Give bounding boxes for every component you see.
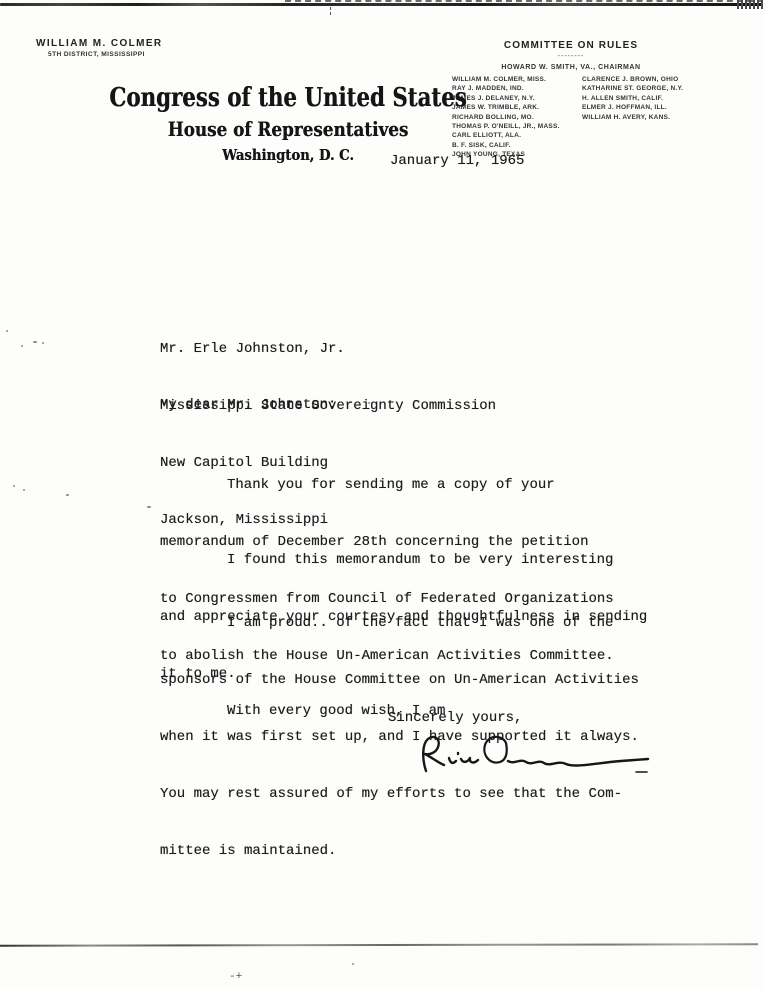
scan-speck [42, 342, 44, 344]
letterhead-line-2: House of Representatives [95, 116, 481, 142]
scan-artifact-top-right-corner [737, 0, 763, 9]
scan-speck [66, 494, 69, 496]
sender-district: 5TH DISTRICT, MISSISSIPPI [48, 51, 163, 58]
committee-members-right-column: CLARENCE J. BROWN, OHIO KATHARINE ST. GE… [582, 75, 752, 122]
scan-speck [6, 330, 8, 332]
scan-speck [21, 345, 23, 347]
scanned-letter-page: -+ WILLIAM M. COLMER 5TH DISTRICT, MISSI… [0, 0, 763, 990]
scan-artifact-top-line [0, 3, 763, 6]
scan-speck [147, 506, 151, 508]
committee-header: COMMITTEE ON RULES -------- HOWARD W. SM… [440, 40, 702, 71]
sender-block: WILLIAM M. COLMER 5TH DISTRICT, MISSISSI… [36, 38, 163, 58]
scan-speck [23, 489, 25, 491]
body-line: I am proud.. of the fact that I was one … [160, 614, 640, 633]
scan-speck [13, 485, 15, 487]
signature-svg [414, 729, 660, 783]
signature-scrawl [414, 729, 660, 783]
body-line: Thank you for sending me a copy of your [160, 476, 640, 495]
committee-member: ELMER J. HOFFMAN, ILL. [582, 103, 752, 112]
scan-artifact-center-tick [330, 7, 331, 17]
letterhead-line-1: Congress of the United States [99, 82, 476, 114]
committee-member: H. ALLEN SMITH, CALIF. [582, 94, 752, 103]
body-line: You may rest assured of my efforts to se… [160, 785, 640, 804]
scan-bottom-mark: -+ [229, 971, 242, 983]
valediction: Sincerely yours, [388, 709, 522, 728]
committee-member: WILLIAM H. AVERY, KANS. [582, 113, 752, 122]
salutation: My dear Mr. Johnston: [160, 396, 336, 415]
body-line: mittee is maintained. [160, 842, 640, 861]
committee-member: KATHARINE ST. GEORGE, N.Y. [582, 84, 752, 93]
scan-speck [352, 963, 354, 965]
committee-divider: -------- [440, 53, 702, 60]
committee-chairman: HOWARD W. SMITH, VA., CHAIRMAN [440, 64, 702, 71]
scan-speck [33, 341, 37, 343]
recipient-name: Mr. Erle Johnston, Jr. [160, 340, 496, 359]
letter-date: January 11, 1965 [390, 152, 524, 171]
committee-title: COMMITTEE ON RULES [440, 40, 702, 51]
sender-name: WILLIAM M. COLMER [36, 38, 163, 49]
scan-artifact-top-dashes [285, 0, 763, 2]
scan-artifact-bottom-line [0, 943, 758, 947]
committee-member: CLARENCE J. BROWN, OHIO [582, 75, 752, 84]
body-line: I found this memorandum to be very inter… [160, 551, 640, 570]
